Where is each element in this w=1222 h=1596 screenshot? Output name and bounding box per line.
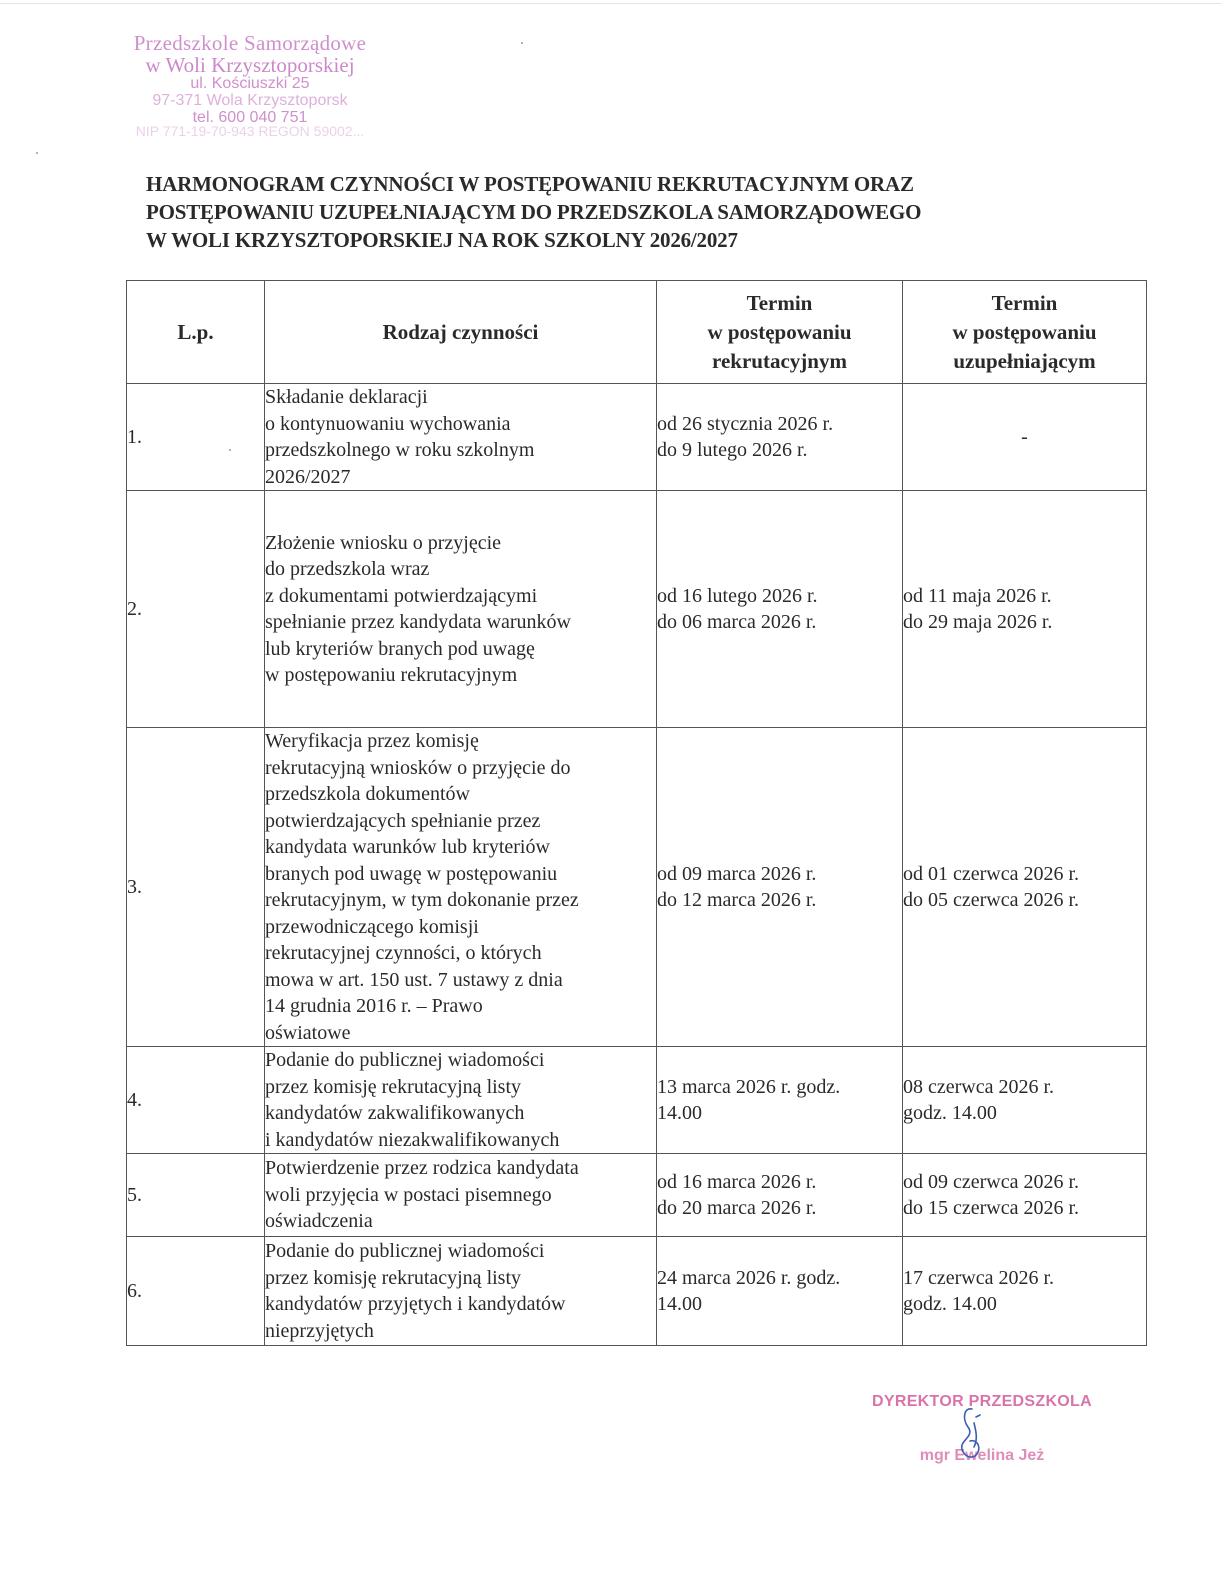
activity-cell: Potwierdzenie przez rodzica kandydatawol… xyxy=(265,1154,657,1237)
row-number: 2. xyxy=(127,491,265,728)
supplementary-date-cell: od 01 czerwca 2026 r.do 05 czerwca 2026 … xyxy=(903,728,1147,1047)
scan-edge-line xyxy=(0,3,1222,4)
table-row: 4.Podanie do publicznej wiadomościprzez … xyxy=(127,1047,1147,1154)
row-number: 4. xyxy=(127,1047,265,1154)
activity-cell: Złożenie wniosku o przyjęciedo przedszko… xyxy=(265,491,657,728)
table-header-row: L.p. Rodzaj czynności Termin w postępowa… xyxy=(127,281,1147,384)
recruitment-date-cell: 24 marca 2026 r. godz.14.00 xyxy=(657,1237,903,1346)
activity-cell: Podanie do publicznej wiadomościprzez ko… xyxy=(265,1047,657,1154)
title-line-2: POSTĘPOWANIU UZUPEŁNIAJĄCYM DO PRZEDSZKO… xyxy=(146,198,1106,226)
recruitment-date-cell: od 16 marca 2026 r.do 20 marca 2026 r. xyxy=(657,1154,903,1237)
scan-speck xyxy=(36,152,38,154)
recruitment-date-cell: od 16 lutego 2026 r.do 06 marca 2026 r. xyxy=(657,491,903,728)
header-activity: Rodzaj czynności xyxy=(265,281,657,384)
handwritten-signature-icon xyxy=(950,1405,994,1465)
stamp-location-line: w Woli Krzysztoporskiej xyxy=(80,54,420,76)
supplementary-date-cell: 08 czerwca 2026 r.godz. 14.00 xyxy=(903,1047,1147,1154)
recruitment-date-cell: 13 marca 2026 r. godz.14.00 xyxy=(657,1047,903,1154)
scan-speck xyxy=(521,42,523,44)
table-row: 3.Weryfikacja przez komisjęrekrutacyjną … xyxy=(127,728,1147,1047)
stamp-name-line: Przedszkole Samorządowe xyxy=(80,32,420,54)
header-lp: L.p. xyxy=(127,281,265,384)
row-number: 5. xyxy=(127,1154,265,1237)
row-number: 6. xyxy=(127,1237,265,1346)
title-line-1: HARMONOGRAM CZYNNOŚCI W POSTĘPOWANIU REK… xyxy=(146,170,1106,198)
supplementary-date-cell: 17 czerwca 2026 r.godz. 14.00 xyxy=(903,1237,1147,1346)
institution-stamp: Przedszkole Samorządowe w Woli Krzysztop… xyxy=(80,32,420,139)
row-number: 1. xyxy=(127,384,265,491)
activity-cell: Weryfikacja przez komisjęrekrutacyjną wn… xyxy=(265,728,657,1047)
stamp-nip-regon: NIP 771-19-70-943 REGON 59002... xyxy=(80,124,420,139)
table-row: 5.Potwierdzenie przez rodzica kandydataw… xyxy=(127,1154,1147,1237)
activity-cell: Składanie deklaracjio kontynuowaniu wych… xyxy=(265,384,657,491)
supplementary-date-cell: - xyxy=(903,384,1147,491)
table-row: 6.Podanie do publicznej wiadomościprzez … xyxy=(127,1237,1147,1346)
supplementary-date-cell: od 09 czerwca 2026 r.do 15 czerwca 2026 … xyxy=(903,1154,1147,1237)
schedule-table: L.p. Rodzaj czynności Termin w postępowa… xyxy=(126,280,1147,1346)
table-row: 2.Złożenie wniosku o przyjęciedo przedsz… xyxy=(127,491,1147,728)
title-line-3: W WOLI KRZYSZTOPORSKIEJ NA ROK SZKOLNY 2… xyxy=(146,226,1106,254)
document-title: HARMONOGRAM CZYNNOŚCI W POSTĘPOWANIU REK… xyxy=(146,170,1106,254)
stamp-postal: 97-371 Wola Krzysztoporsk xyxy=(80,93,420,110)
table-row: 1.Składanie deklaracjio kontynuowaniu wy… xyxy=(127,384,1147,491)
recruitment-date-cell: od 26 stycznia 2026 r.do 9 lutego 2026 r… xyxy=(657,384,903,491)
stamp-street: ul. Kościuszki 25 xyxy=(80,76,420,93)
supplementary-date-cell: od 11 maja 2026 r.do 29 maja 2026 r. xyxy=(903,491,1147,728)
header-supplementary: Termin w postępowaniu uzupełniającym xyxy=(903,281,1147,384)
row-number: 3. xyxy=(127,728,265,1047)
header-recruitment: Termin w postępowaniu rekrutacyjnym xyxy=(657,281,903,384)
activity-cell: Podanie do publicznej wiadomościprzez ko… xyxy=(265,1237,657,1346)
recruitment-date-cell: od 09 marca 2026 r.do 12 marca 2026 r. xyxy=(657,728,903,1047)
